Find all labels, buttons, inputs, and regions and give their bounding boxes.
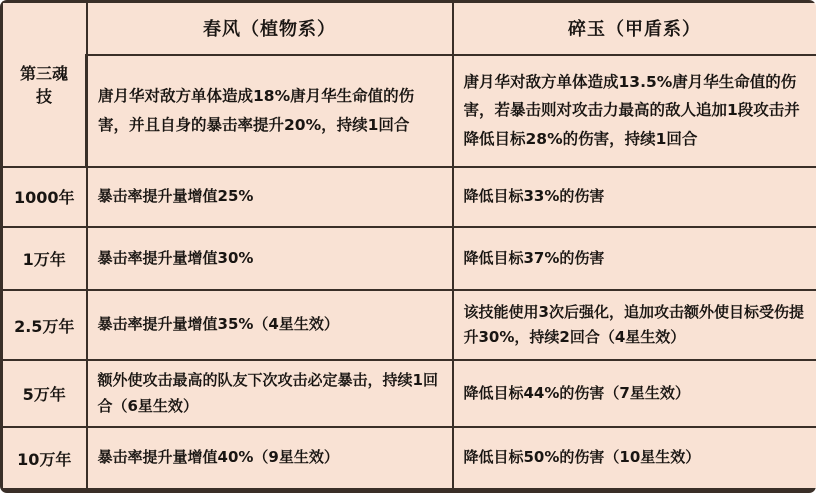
table-row: 2.5万年 暴击率提升量增值35%（4星生效） 该技能使用3次后强化，追加攻击额… <box>2 290 816 360</box>
year-label: 5万年 <box>2 360 87 427</box>
skill-description-chunfeng: 唐月华对敌方单体造成18%唐月华生命值的伤害，并且自身的暴击率提升20%，持续1… <box>87 55 453 167</box>
table-row: 10万年 暴击率提升量增值40%（9星生效） 降低目标50%的伤害（10星生效） <box>2 427 816 490</box>
column-header-suiyu: 碎玉（甲盾系） <box>453 2 816 55</box>
year-label: 1000年 <box>2 167 87 227</box>
chunfeng-effect: 暴击率提升量增值35%（4星生效） <box>87 290 453 360</box>
table-row: 5万年 额外使攻击最高的队友下次攻击必定暴击，持续1回合（6星生效） 降低目标4… <box>2 360 816 427</box>
suiyu-effect: 该技能使用3次后强化，追加攻击额外使目标受伤提升30%，持续2回合（4星生效） <box>453 290 816 360</box>
description-row: 唐月华对敌方单体造成18%唐月华生命值的伤害，并且自身的暴击率提升20%，持续1… <box>2 55 816 167</box>
skill-comparison-table-container: 第三魂技 春风（植物系） 碎玉（甲盾系） 唐月华对敌方单体造成18%唐月华生命值… <box>0 0 816 493</box>
suiyu-effect: 降低目标50%的伤害（10星生效） <box>453 427 816 490</box>
chunfeng-effect: 暴击率提升量增值40%（9星生效） <box>87 427 453 490</box>
chunfeng-effect: 额外使攻击最高的队友下次攻击必定暴击，持续1回合（6星生效） <box>87 360 453 427</box>
year-label: 2.5万年 <box>2 290 87 360</box>
column-header-chunfeng: 春风（植物系） <box>87 2 453 55</box>
skill-comparison-table: 第三魂技 春风（植物系） 碎玉（甲盾系） 唐月华对敌方单体造成18%唐月华生命值… <box>0 0 816 493</box>
chunfeng-effect: 暴击率提升量增值25% <box>87 167 453 227</box>
suiyu-effect: 降低目标44%的伤害（7星生效） <box>453 360 816 427</box>
year-label: 10万年 <box>2 427 87 490</box>
table-row: 1万年 暴击率提升量增值30% 降低目标37%的伤害 <box>2 227 816 290</box>
header-row: 第三魂技 春风（植物系） 碎玉（甲盾系） <box>2 2 816 55</box>
suiyu-effect: 降低目标33%的伤害 <box>453 167 816 227</box>
corner-cell-third-soul-skill: 第三魂技 <box>2 2 87 167</box>
suiyu-effect: 降低目标37%的伤害 <box>453 227 816 290</box>
page: 第三魂技 春风（植物系） 碎玉（甲盾系） 唐月华对敌方单体造成18%唐月华生命值… <box>0 0 816 493</box>
skill-description-suiyu: 唐月华对敌方单体造成13.5%唐月华生命值的伤害，若暴击则对攻击力最高的敌人追加… <box>453 55 816 167</box>
chunfeng-effect: 暴击率提升量增值30% <box>87 227 453 290</box>
year-label: 1万年 <box>2 227 87 290</box>
table-row: 1000年 暴击率提升量增值25% 降低目标33%的伤害 <box>2 167 816 227</box>
